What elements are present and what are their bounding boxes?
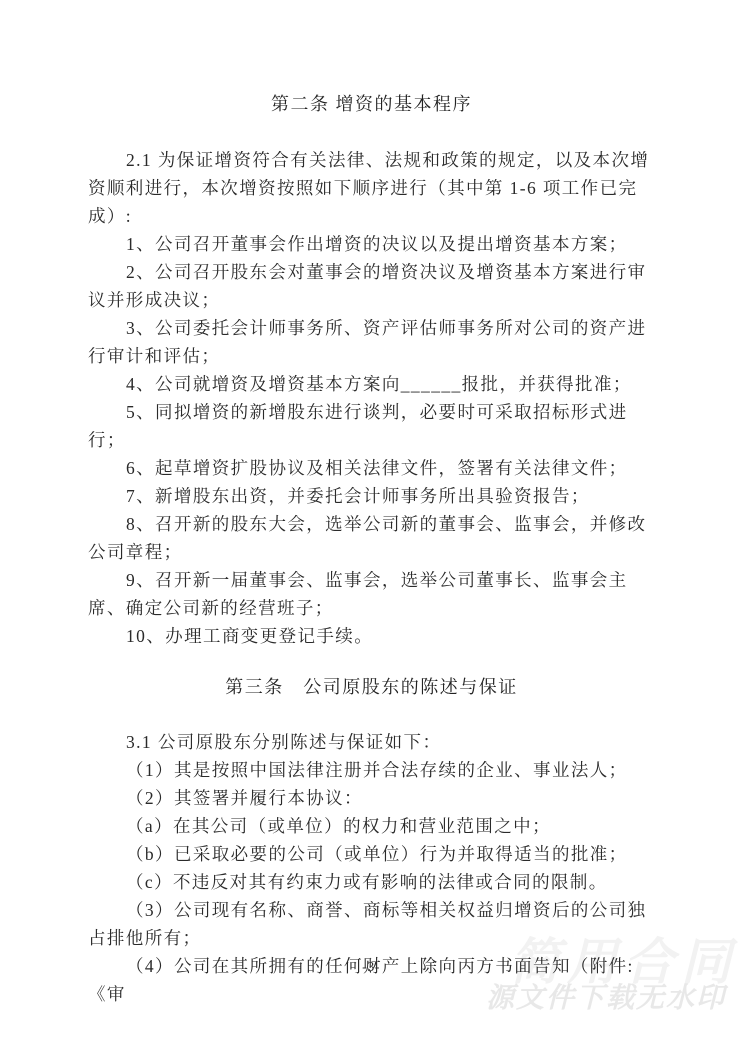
procedure-step: 5、同拟增资的新增股东进行谈判，必要时可采取招标形式进行； <box>88 398 655 454</box>
document-page: 简用合同 源文件下载无水印 第二条 增资的基本程序 2.1 为保证增资符合有关法… <box>0 0 742 1049</box>
procedure-step: 7、新增股东出资，并委托会计师事务所出具验资报告； <box>88 482 655 510</box>
procedure-step: 8、召开新的股东大会，选举公司新的董事会、监事会，并修改公司章程； <box>88 510 655 566</box>
representation-item: （a）在其公司（或单位）的权力和营业范围之中； <box>88 812 655 840</box>
representation-item: （2）其签署并履行本协议： <box>88 784 655 812</box>
procedure-step: 4、公司就增资及增资基本方案向______报批，并获得批准； <box>88 370 655 398</box>
representation-item: （1）其是按照中国法律注册并合法存续的企业、事业法人； <box>88 756 655 784</box>
representation-item: （c）不违反对其有约束力或有影响的法律或合同的限制。 <box>88 868 655 896</box>
representation-item: （b）已采取必要的公司（或单位）行为并取得适当的批准； <box>88 840 655 868</box>
page-number: -3- <box>0 960 742 976</box>
representation-item: （3）公司现有名称、商誉、商标等相关权益归增资后的公司独占排他所有； <box>88 896 655 952</box>
procedure-step: 1、公司召开董事会作出增资的决议以及提出增资基本方案； <box>88 230 655 258</box>
procedure-step: 6、起草增资扩股协议及相关法律文件，签署有关法律文件； <box>88 454 655 482</box>
procedure-step: 3、公司委托会计师事务所、资产评估师事务所对公司的资产进行审计和评估； <box>88 314 655 370</box>
section-2-heading: 第二条 增资的基本程序 <box>88 93 655 115</box>
clause-2-1: 2.1 为保证增资符合有关法律、法规和政策的规定，以及本次增资顺利进行，本次增资… <box>88 146 655 230</box>
procedure-step: 10、办理工商变更登记手续。 <box>88 622 655 650</box>
section-3-heading: 第三条 公司原股东的陈述与保证 <box>88 676 655 698</box>
section-2-procedure-list: 1、公司召开董事会作出增资的决议以及提出增资基本方案；2、公司召开股东会对董事会… <box>88 230 655 650</box>
clause-3-1: 3.1 公司原股东分别陈述与保证如下： <box>88 728 655 756</box>
procedure-step: 9、召开新一届董事会、监事会，选举公司董事长、监事会主席、确定公司新的经营班子； <box>88 566 655 622</box>
document-body: 第二条 增资的基本程序 2.1 为保证增资符合有关法律、法规和政策的规定，以及本… <box>0 0 742 1049</box>
procedure-step: 2、公司召开股东会对董事会的增资决议及增资基本方案进行审议并形成决议； <box>88 258 655 314</box>
